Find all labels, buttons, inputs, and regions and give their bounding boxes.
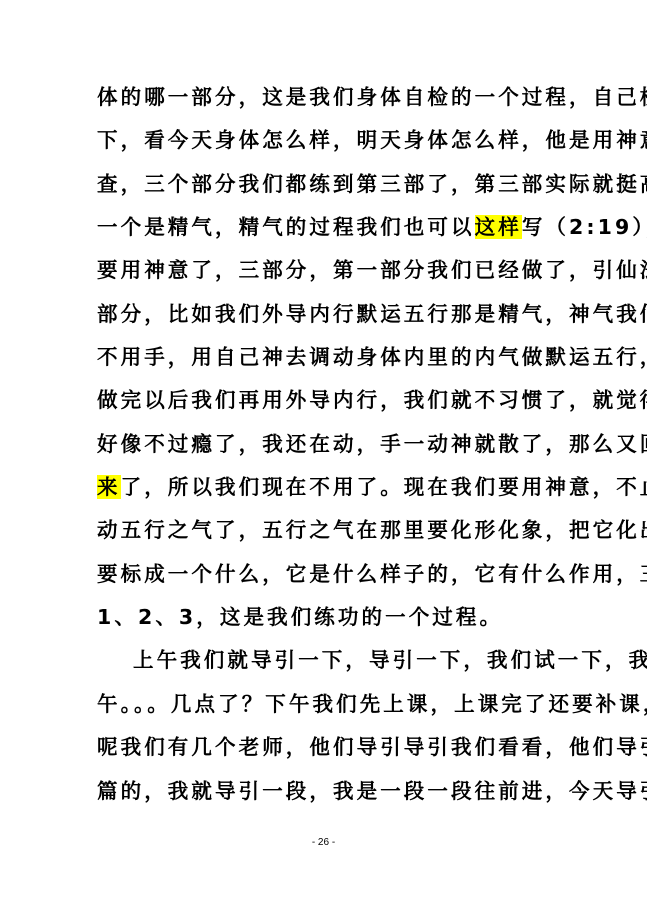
text-line: 下，看今天身体怎么样，明天身体怎么样，他是用神意去检	[97, 119, 557, 162]
text-segment: 不用手，用自己神去调动身体内里的内气做默运五行，这个	[97, 345, 647, 369]
text-line: 午。。。几点了？下午我们先上课，上课完了还要补课，下午	[97, 683, 557, 726]
text-line: 要标成一个什么，它是什么样子的，它有什么作用，三步：	[97, 553, 557, 596]
text-segment: 篇的，我就导引一段，我是一段一段往前进，今天导引一段，	[97, 779, 647, 803]
text-segment: 体的哪一部分，这是我们身体自检的一个过程，自己检查一	[97, 85, 647, 109]
text-segment: 做完以后我们再用外导内行，我们就不习惯了，就觉得这个	[97, 388, 647, 412]
text-line: 体的哪一部分，这是我们身体自检的一个过程，自己检查一	[97, 76, 557, 119]
text-line: 部分，比如我们外导内行默运五行那是精气，神气我们已经	[97, 293, 557, 336]
text-segment: 要标成一个什么，它是什么样子的，它有什么作用，三步：	[97, 562, 647, 586]
text-line: 要用神意了，三部分，第一部分我们已经做了，引仙法有一	[97, 249, 557, 292]
text-segment: 一个是精气，精气的过程我们也可以	[97, 215, 475, 239]
text-line: 动五行之气了，五行之气在那里要化形化象，把它化出来，	[97, 509, 557, 552]
text-segment: 上午我们就导引一下，导引一下，我们试一下，我们下	[133, 648, 647, 672]
text-line: 做完以后我们再用外导内行，我们就不习惯了，就觉得这个	[97, 379, 557, 422]
document-page: 体的哪一部分，这是我们身体自检的一个过程，自己检查一下，看今天身体怎么样，明天身…	[0, 0, 647, 917]
text-line: 好像不过瘾了，我还在动，手一动神就散了，那么又回到这	[97, 423, 557, 466]
text-segment: 好像不过瘾了，我还在动，手一动神就散了，那么又回到	[97, 432, 647, 456]
text-line: 一个是精气，精气的过程我们也可以这样写（2:19），现在	[97, 206, 557, 249]
text-segment: 查，三个部分我们都练到第三部了，第三部实际就挺高的了，	[97, 172, 647, 196]
text-segment: 下，看今天身体怎么样，明天身体怎么样，他是用神意去检	[97, 128, 647, 152]
text-segment: 动五行之气了，五行之气在那里要化形化象，把它化出来，	[97, 518, 647, 542]
highlighted-text: 这样	[475, 215, 522, 239]
text-line: 篇的，我就导引一段，我是一段一段往前进，今天导引一段，	[97, 770, 557, 813]
text-segment: 1、2、3，这是我们练功的一个过程。	[97, 605, 503, 629]
text-segment: 部分，比如我们外导内行默运五行那是精气，神气我们已经	[97, 302, 647, 326]
text-segment: 写（2:19），现在	[522, 215, 647, 239]
text-segment: 午。。。几点了？下午我们先上课，上课完了还要补课，下午	[97, 692, 647, 716]
text-line: 来了，所以我们现在不用了。现在我们要用神意，不止要调	[97, 466, 557, 509]
text-segment: 了，所以我们现在不用了。现在我们要用神意，不止要调	[121, 475, 647, 499]
document-body: 体的哪一部分，这是我们身体自检的一个过程，自己检查一下，看今天身体怎么样，明天身…	[97, 76, 557, 813]
text-line: 不用手，用自己神去调动身体内里的内气做默运五行，这个	[97, 336, 557, 379]
text-line: 1、2、3，这是我们练功的一个过程。	[97, 596, 557, 639]
text-segment: 要用神意了，三部分，第一部分我们已经做了，引仙法有一	[97, 258, 647, 282]
text-line: 呢我们有几个老师，他们导引导引我们看看，他们导引是全	[97, 726, 557, 769]
text-segment: 呢我们有几个老师，他们导引导引我们看看，他们导引是全	[97, 735, 647, 759]
page-number: - 26 -	[0, 837, 647, 848]
text-line: 查，三个部分我们都练到第三部了，第三部实际就挺高的了，	[97, 163, 557, 206]
text-line: 上午我们就导引一下，导引一下，我们试一下，我们下	[97, 639, 557, 682]
highlighted-text: 来	[97, 475, 121, 499]
